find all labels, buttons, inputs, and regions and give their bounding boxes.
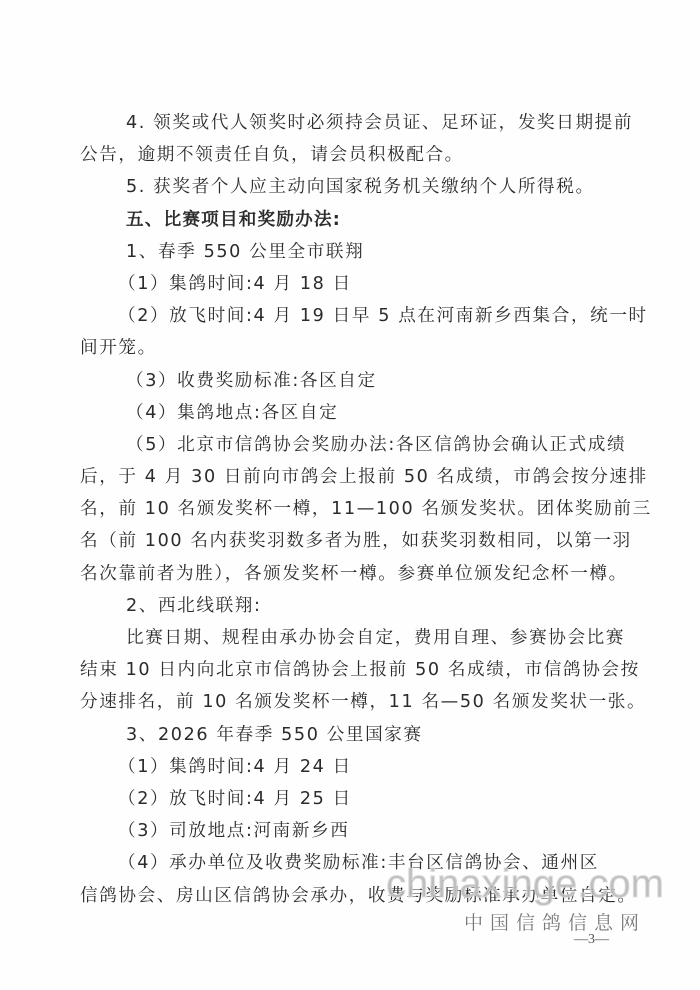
subsection-heading: 2、西北线联翔:	[80, 590, 616, 622]
document-body: 4. 领奖或代人领奖时必须持会员证、足环证，发奖日期提前 公告，逾期不领责任自负…	[80, 107, 616, 912]
text-line: （1）集鸽时间:4 月 24 日	[80, 751, 616, 783]
watermark-domain: chinaxinge.com	[386, 862, 664, 907]
text-line: 5. 获奖者个人应主动向国家税务机关缴纳个人所得税。	[80, 171, 616, 203]
text-line: 结束 10 日内向北京市信鸽协会上报前 50 名成绩，市信鸽协会按	[80, 654, 616, 686]
text-line: （2）放飞时间:4 月 25 日	[80, 783, 616, 815]
text-line: （2）放飞时间:4 月 19 日早 5 点在河南新乡西集合，统一时	[80, 300, 616, 332]
subsection-heading: 1、春季 550 公里全市联翔	[80, 236, 616, 268]
text-line: 名次靠前者为胜），各颁发奖杯一樽。参赛单位颁发纪念杯一樽。	[80, 558, 616, 590]
text-line: 公告，逾期不领责任自负，请会员积极配合。	[80, 139, 616, 171]
text-line: 后，于 4 月 30 日前向市鸽会上报前 50 名成绩，市鸽会按分速排	[80, 461, 616, 493]
document-page: 4. 领奖或代人领奖时必须持会员证、足环证，发奖日期提前 公告，逾期不领责任自负…	[0, 0, 700, 990]
text-line: （3）司放地点:河南新乡西	[80, 815, 616, 847]
text-line: 名，前 10 名颁发奖杯一樽，11—100 名颁发奖状。团体奖励前三	[80, 493, 616, 525]
text-line: 名（前 100 名内获奖羽数多者为胜，如获奖羽数相同，以第一羽	[80, 525, 616, 557]
text-line: （3）收费奖励标准:各区自定	[80, 365, 616, 397]
text-line: （1）集鸽时间:4 月 18 日	[80, 268, 616, 300]
subsection-heading: 3、2026 年春季 550 公里国家赛	[80, 719, 616, 751]
text-line: 比赛日期、规程由承办协会自定，费用自理、参赛协会比赛	[80, 622, 616, 654]
text-line: 分速排名，前 10 名颁发奖杯一樽，11 名—50 名颁发奖状一张。	[80, 686, 616, 718]
text-line: （5）北京市信鸽协会奖励办法:各区信鸽协会确认正式成绩	[80, 429, 616, 461]
page-number: —3—	[574, 932, 609, 948]
text-line: 间开笼。	[80, 332, 616, 364]
watermark-site-name: 中国信鸽信息网	[464, 908, 646, 935]
text-line: （4）集鸽地点:各区自定	[80, 397, 616, 429]
section-heading: 五、比赛项目和奖励办法:	[80, 204, 616, 236]
text-line: 4. 领奖或代人领奖时必须持会员证、足环证，发奖日期提前	[80, 107, 616, 139]
